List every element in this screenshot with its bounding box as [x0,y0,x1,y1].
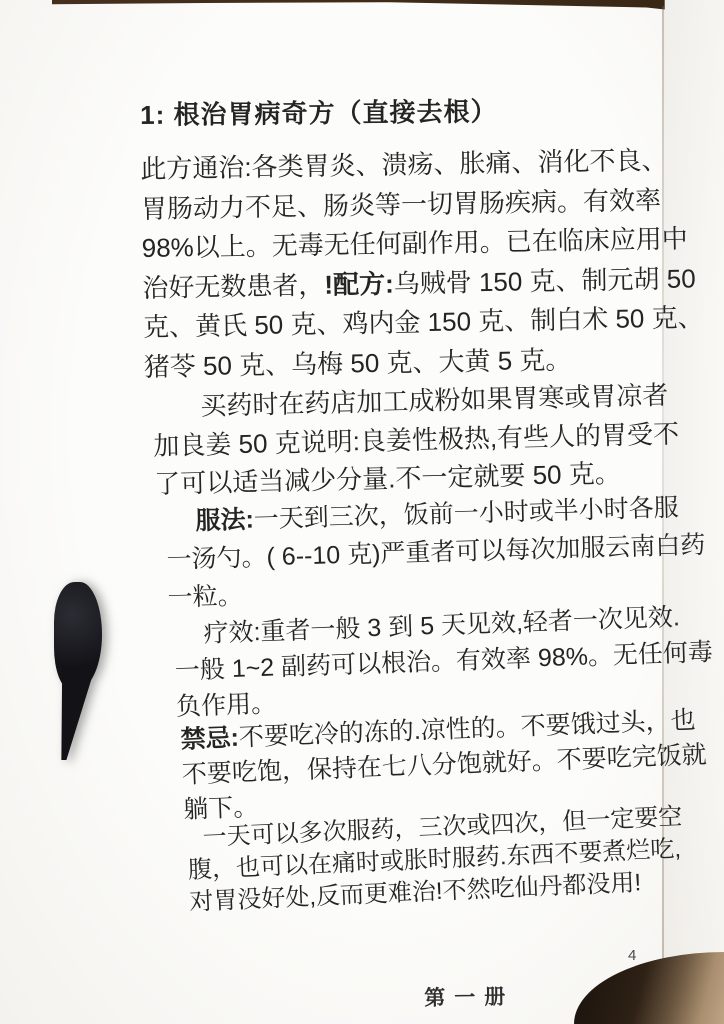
paragraph-intro: 此方通治:各类胃炎、溃疡、胀痛、消化不良、 胃肠动力不足、肠炎等一切胃肠疾病。有… [140,140,705,387]
line-segment: 治好无数患者， [142,269,325,302]
line-segment: 98%以上。无毒无任何副作用。已在临床应用中 [141,223,687,263]
page-corner-shadow [574,952,724,1024]
line-segment: 一粒。 [167,582,243,612]
page-title: 1: 根治胃病奇方（直接去根） [140,91,498,132]
scanned-document-page: 1: 根治胃病奇方（直接去根） 此方通治:各类胃炎、溃疡、胀痛、消化不良、 胃肠… [0,0,724,1024]
footer-volume-label: 第一册 [424,980,515,1012]
line-segment: 胃肠动力不足、肠炎等一切胃肠疾病。有效率 [141,184,661,223]
dosage-label: 服法: [195,506,254,536]
black-clip-tail [58,665,100,760]
line-segment: 此方通治:各类胃炎、溃疡、胀痛、消化不良、 [140,145,668,184]
line-segment: 猪苓 50 克、乌梅 50 克、大黄 5 克。 [144,344,572,381]
taboo-label: 禁忌: [180,724,239,754]
line-segment: 乌贼骨 150 克、制元胡 50 [393,263,695,298]
page-number: 4 [628,947,636,964]
black-clip-shadow [52,580,104,760]
line-segment: 买药时在药店加工成粉如果胃寒或胃凉者 [200,380,669,421]
line-segment: 克、黄氏 50 克、鸡内金 150 克、制白术 50 克、 [143,302,704,342]
formula-label: !配方: [324,268,394,299]
paragraph-dosage: 服法:一天到三次，饭前一小时或半小时各服 一汤勺。( 6--10 克)严重者可以… [165,488,707,617]
paragraph-preparation: 买药时在药店加工成粉如果胃寒或胃凉者 加良姜 50 克说明:良姜性极热,有些人的… [152,376,680,504]
page-top-edge-shadow [52,0,665,10]
line-segment: 负作用。 [176,689,277,720]
paragraph-notes: 一天可以多次服药，三次或四次，但一定要空 腹，也可以在痛时或胀时服药.东西不要煮… [186,801,686,919]
